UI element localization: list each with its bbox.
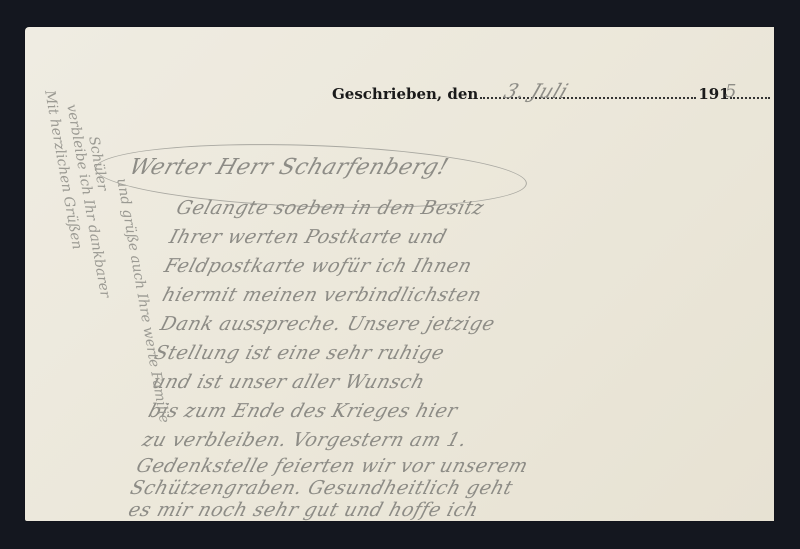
handwritten-date: 3. Juli <box>501 79 572 103</box>
body-line: Dank ausspreche. Unsere jetzige <box>158 313 498 335</box>
body-line: Stellung ist eine sehr ruhige <box>152 342 447 364</box>
body-line: bis zum Ende des Krieges hier <box>146 400 460 422</box>
printed-label: Geschrieben, den <box>332 85 478 103</box>
body-line: Gedenkstelle feierten wir vor unserem <box>134 455 531 477</box>
body-line: es mir noch sehr gut und hoffe ich <box>126 499 481 521</box>
body-line: hiermit meinen verbindlichsten <box>160 284 484 306</box>
body-line: Ihrer werten Postkarte und <box>167 226 450 248</box>
body-line: und ist unser aller Wunsch <box>150 371 428 393</box>
body-line: zu verbleiben. Vorgestern am 1. <box>140 429 470 451</box>
perforated-edge <box>770 27 778 521</box>
body-line: Feldpostkarte wofür ich Ihnen <box>162 255 475 277</box>
body-line: Schützengraben. Gesundheitlich geht <box>128 477 516 499</box>
salutation: Werter Herr Scharfenberg! <box>126 155 452 180</box>
handwritten-year-digit: 5 <box>725 81 737 102</box>
postcard: Geschrieben, den191 3. Juli 5 Werter Her… <box>25 27 774 521</box>
body-line: Gelangte soeben in den Besitz <box>174 197 487 219</box>
